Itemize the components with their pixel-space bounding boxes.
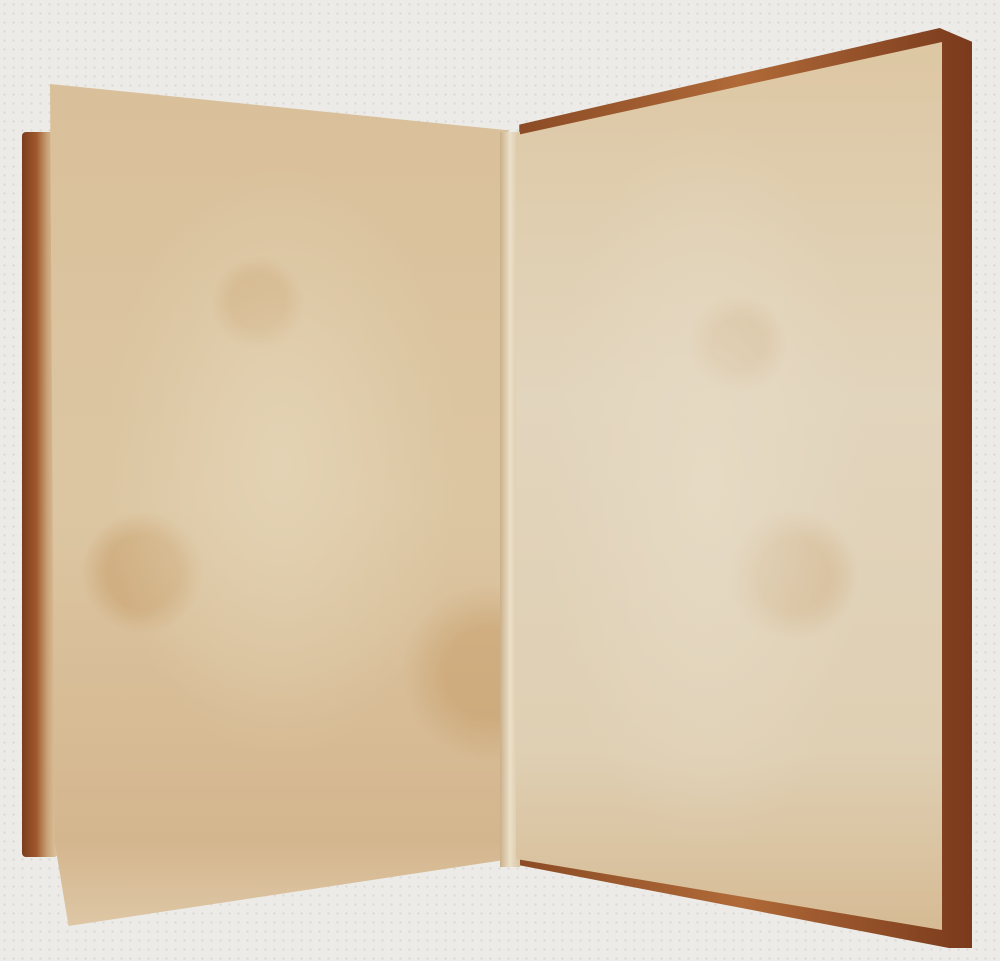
left-page (50, 84, 513, 926)
right-page (516, 42, 942, 930)
